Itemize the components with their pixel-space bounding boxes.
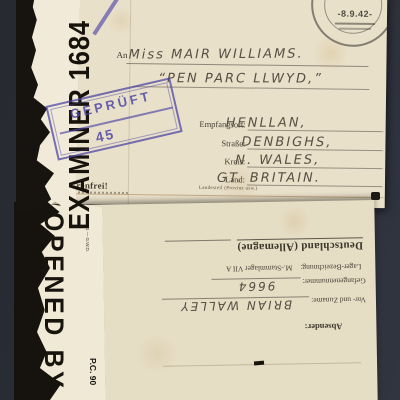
country-row: Deutschland (Allemagne) [165,237,363,258]
absender-label: Absender: [296,322,342,333]
field-value-land: GT. BRITAIN. [217,171,321,186]
field-label-kreis: Kreis: [169,156,245,167]
field-label-strasse: Straße: [169,138,245,149]
dark-notch [371,192,380,200]
photo-background: -8.9.42- An Miss MAIR WILLIAMS. “PEN PAR… [0,0,400,400]
addressee-line-2: “PEN PARC LLWYD,” [158,71,323,86]
prisoner-number-value: 9664 [237,279,276,294]
field-value-empfangsort: HENLLAN, [226,116,307,131]
prisoner-number-label: Gefangenennummer: [302,276,365,286]
address-rule-1 [126,63,368,67]
camp-value: M.-Stammlager VII A [226,263,292,273]
postmark-date: -8.9.42- [313,8,397,19]
postmark: -8.9.42- [311,0,396,47]
country-name: Deutschland (Allemagne) [237,237,363,253]
opened-by-text: OPENED BY [42,212,69,396]
field-rule [248,129,384,132]
field-rule [247,184,383,187]
addressee-line-1: Miss MAIR WILLIAMS. [129,47,304,63]
sender-name-row: Vor- und Zuname: BRIAN WALLEY [162,295,366,321]
camp-label: Lager-Bezeichnung: [300,262,361,272]
an-label: An [116,50,127,60]
country-rule [165,240,232,259]
sender-name-rule: BRIAN WALLEY [162,296,310,321]
sender-name-label: Vor- und Zuname: [311,295,366,305]
sender-name-value: BRIAN WALLEY [179,297,292,313]
camp-row: Lager-Bezeichnung: M.-Stammlager VII A [213,262,361,277]
pc90-text: P.C. 90 [88,358,98,398]
land-note: Landesteil (Provinz usw.) [199,186,258,192]
